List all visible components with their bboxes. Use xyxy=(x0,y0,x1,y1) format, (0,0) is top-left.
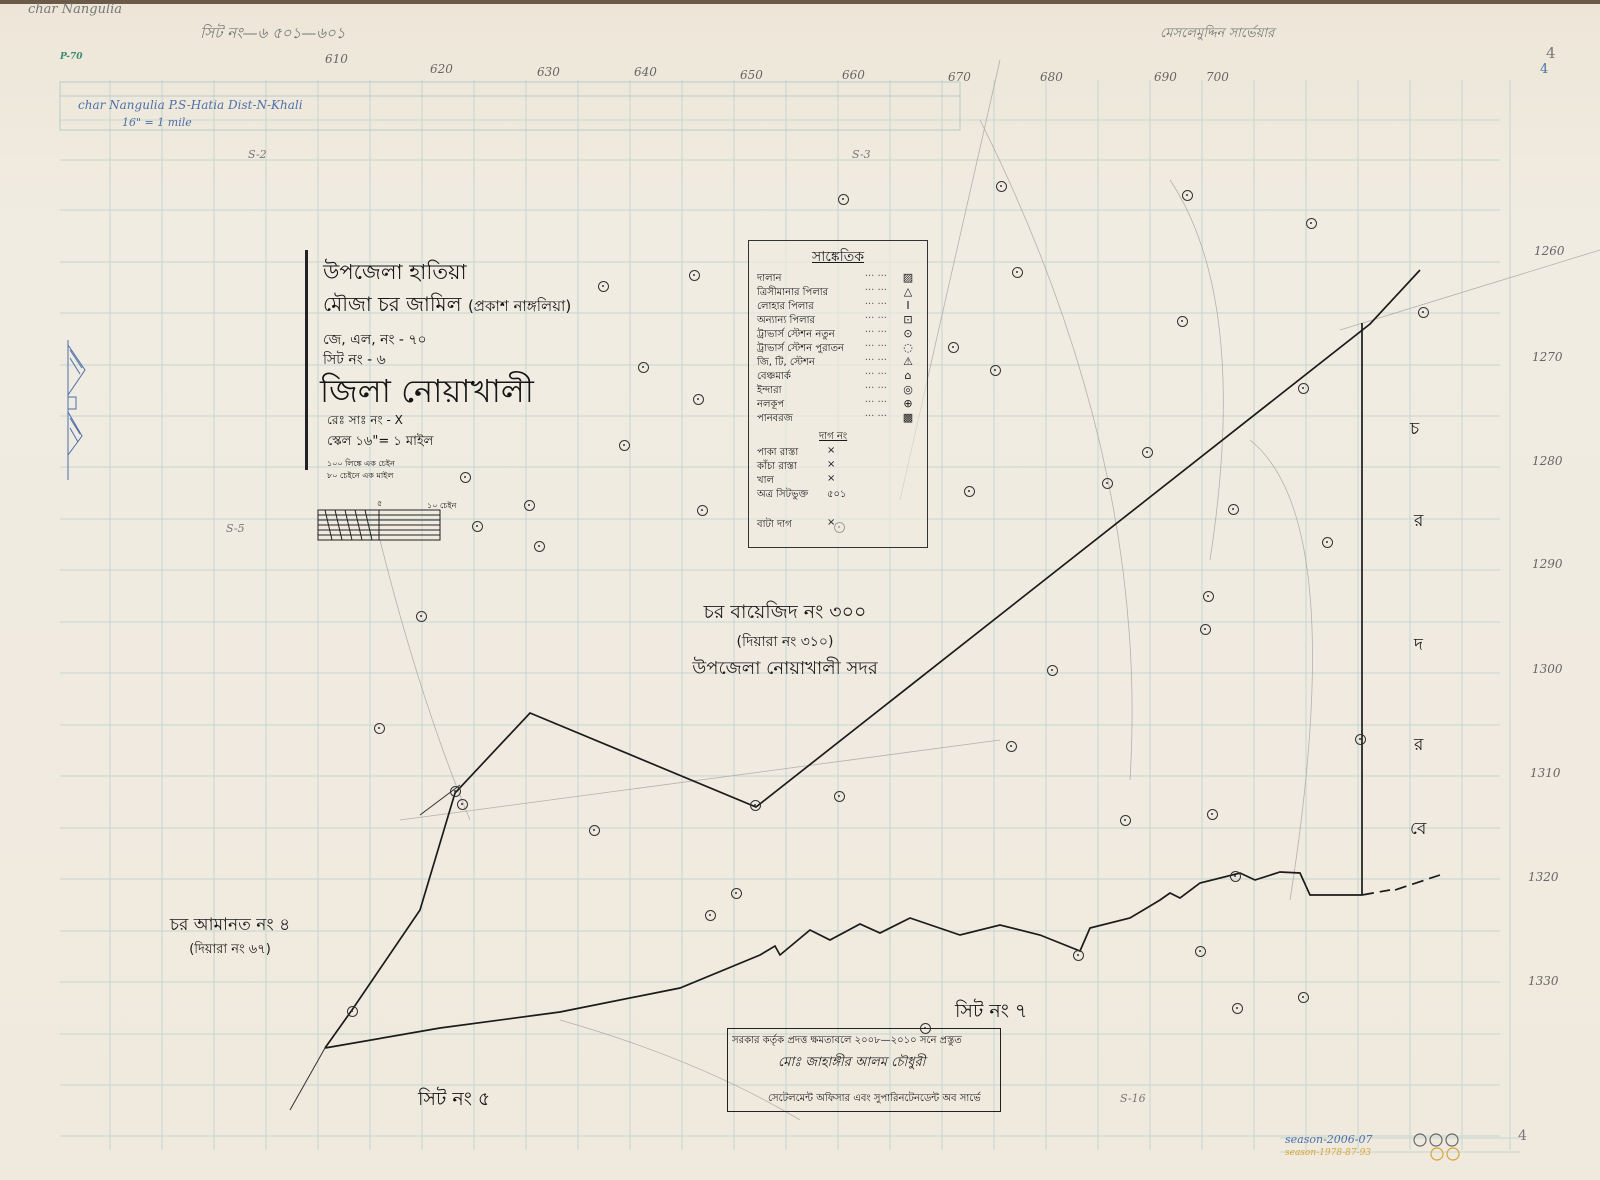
right-vertical-char-3: দ xyxy=(1414,632,1423,660)
traverse-station-marker xyxy=(1120,815,1131,826)
surveyor-note: মেসলেমুদ্দিন সার্ভেয়ার xyxy=(1160,24,1274,45)
dag-value: × xyxy=(827,517,835,528)
corner-number-top: 4 xyxy=(1546,44,1556,62)
y-tick: 1290 xyxy=(1532,557,1563,571)
upazila-title: উপজেলা হাতিয়া xyxy=(323,256,467,291)
y-tick: 1280 xyxy=(1532,454,1563,468)
sheet-ref-s5: S-5 xyxy=(226,522,245,535)
traverse-station-marker xyxy=(416,611,427,622)
scale-bar xyxy=(318,510,440,540)
traverse-station-marker xyxy=(450,786,461,797)
traverse-station-marker xyxy=(750,800,761,811)
traverse-station-marker xyxy=(638,362,649,373)
traverse-station-marker xyxy=(1228,504,1239,515)
betel-garden-icon: ▩ xyxy=(899,411,917,428)
traverse-station-marker xyxy=(1418,307,1429,318)
traverse-station-marker xyxy=(948,342,959,353)
dag-value: × xyxy=(827,459,835,470)
scale-note: 16" = 1 mile xyxy=(122,116,192,129)
dag-value: × xyxy=(827,473,835,484)
traverse-station-marker xyxy=(834,791,845,802)
x-tick: 630 xyxy=(537,65,560,79)
traverse-station-marker xyxy=(1322,537,1333,548)
region-name: চর আমানত নং ৪ xyxy=(155,912,305,940)
traverse-station-marker xyxy=(1203,591,1214,602)
traverse-station-marker xyxy=(731,888,742,899)
traverse-station-marker xyxy=(1355,734,1366,745)
traverse-station-marker xyxy=(472,521,483,532)
traverse-station-marker xyxy=(1182,190,1193,201)
title-bar xyxy=(305,250,308,470)
dag-item: অত্র সিটভুক্ত৫০১ xyxy=(757,487,867,504)
traverse-station-marker xyxy=(1102,478,1113,489)
sheet-ref-s2: S-2 xyxy=(248,148,267,161)
season-2006: season-2006-07 xyxy=(1285,1133,1373,1146)
x-tick: 660 xyxy=(842,68,865,82)
x-tick: 620 xyxy=(430,62,453,76)
traverse-station-marker xyxy=(457,799,468,810)
legend-item: পানবরজ··· ···▩ xyxy=(757,411,917,428)
form-number: P-70 xyxy=(60,52,83,62)
right-vertical-char-5: বে xyxy=(1410,816,1426,844)
scale-text: স্কেল ১৬"= ১ মাইল xyxy=(327,432,433,453)
y-tick: 1300 xyxy=(1532,662,1563,676)
sheet-label-7: সিট নং ৭ xyxy=(955,997,1027,1029)
y-tick: 1260 xyxy=(1534,244,1565,258)
traverse-station-marker xyxy=(1230,871,1241,882)
y-tick: 1330 xyxy=(1528,974,1559,988)
dag-label: বাটা দাগ xyxy=(757,519,792,530)
handwritten-mouza-name: char Nangulia xyxy=(28,2,122,17)
traverse-station-marker xyxy=(1047,665,1058,676)
sheet-ref-s3: S-3 xyxy=(852,148,871,161)
traverse-station-marker xyxy=(598,281,609,292)
chain-note-2: ৮০ চেইনে এক মাইল xyxy=(327,470,393,483)
right-vertical-char-4: র xyxy=(1414,732,1423,760)
traverse-station-marker xyxy=(1142,447,1153,458)
dag-item: বাটা দাগ× xyxy=(757,517,792,534)
sheet-label-5: সিট নং ৫ xyxy=(418,1085,490,1117)
y-tick: 1270 xyxy=(1532,350,1563,364)
scale-bar-mid-label: ৫ xyxy=(377,498,382,511)
legend-label: পানবরজ xyxy=(757,411,793,428)
sheet-ref-s16: S-16 xyxy=(1120,1092,1146,1105)
header-row-entry: char Nangulia P.S-Hatia Dist-N-Khali xyxy=(78,98,303,112)
region-char-bayezid: চর বায়েজিদ নং ৩০০ (দিয়ারা নং ৩১০) উপজে… xyxy=(660,598,910,685)
corner-number-top-blue: 4 xyxy=(1540,62,1548,77)
cert-signature: মোঃ জাহাঙ্গীর আলম চৌধুরী xyxy=(778,1053,925,1074)
traverse-station-marker xyxy=(838,194,849,205)
dag-title: দাগ নং xyxy=(819,429,847,446)
traverse-station-marker xyxy=(1298,383,1309,394)
traverse-station-marker xyxy=(524,500,535,511)
region-diara: (দিয়ারা নং ৩১০) xyxy=(660,630,910,654)
dag-label: পাকা রাস্তা xyxy=(757,447,798,458)
traverse-station-marker xyxy=(347,1006,358,1017)
mouza-title: মৌজা চর জামিল (প্রকাশ নাঙ্গলিয়া) xyxy=(323,290,571,323)
traverse-station-marker xyxy=(1177,316,1188,327)
certificate-box: সরকার কর্তৃক প্রদত্ত ক্ষমতাবলে ২০০৮—২০১০… xyxy=(727,1028,1001,1112)
dag-value: ৫০১ xyxy=(827,487,846,504)
traverse-station-marker xyxy=(693,394,704,405)
cert-line-1: সরকার কর্তৃক প্রদত্ত ক্ষমতাবলে ২০০৮—২০১০… xyxy=(732,1033,962,1050)
right-vertical-char-2: র xyxy=(1414,508,1423,536)
traverse-station-marker xyxy=(460,472,471,483)
traverse-station-marker xyxy=(964,486,975,497)
map-sheet: char Nangulia সিট নং—৬ ৫০১—৬০১ P-70 char… xyxy=(0,0,1600,1180)
traverse-station-marker xyxy=(689,270,700,281)
region-char-amanat: চর আমানত নং ৪ (দিয়ারা নং ৬৭) xyxy=(155,912,305,961)
traverse-station-marker xyxy=(1012,267,1023,278)
x-tick: 680 xyxy=(1040,70,1063,84)
x-tick: 670 xyxy=(948,70,971,84)
dag-label: কাঁচা রাস্তা xyxy=(757,461,797,472)
traverse-station-marker xyxy=(1207,809,1218,820)
traverse-station-marker xyxy=(697,505,708,516)
reg-number: রেঃ সাঃ নং - X xyxy=(327,412,403,432)
region-name: চর বায়েজিদ নং ৩০০ xyxy=(660,598,910,630)
handwritten-sheet-range: সিট নং—৬ ৫০১—৬০১ xyxy=(200,22,346,47)
y-tick: 1310 xyxy=(1530,766,1561,780)
legend-title: সাঙ্কেতিক xyxy=(749,245,927,269)
traverse-station-marker xyxy=(990,365,1001,376)
traverse-station-marker xyxy=(996,181,1007,192)
right-vertical-char-1: চ xyxy=(1410,416,1419,444)
traverse-station-marker xyxy=(1073,950,1084,961)
mouza-alt-name: (প্রকাশ নাঙ্গলিয়া) xyxy=(468,297,571,315)
traverse-station-marker xyxy=(1232,1003,1243,1014)
traverse-station-marker xyxy=(1298,992,1309,1003)
x-tick: 700 xyxy=(1206,70,1229,84)
mouza-name: মৌজা চর জামিল xyxy=(323,292,462,316)
traverse-station-marker xyxy=(1195,946,1206,957)
traverse-station-marker xyxy=(374,723,385,734)
traverse-station-marker xyxy=(1306,218,1317,229)
x-tick: 650 xyxy=(740,68,763,82)
x-tick: 640 xyxy=(634,65,657,79)
cert-line-3: সেটেলমেন্ট অফিসার এবং সুপারিনটেনডেন্ট অব… xyxy=(768,1091,981,1108)
region-diara: (দিয়ারা নং ৬৭) xyxy=(155,940,305,961)
y-tick: 1320 xyxy=(1528,870,1559,884)
traverse-station-marker xyxy=(1200,624,1211,635)
traverse-station-marker xyxy=(589,825,600,836)
map-grid xyxy=(0,0,1600,1180)
scale-bar-end-label: ১০ চেইন xyxy=(427,500,456,513)
traverse-station-marker xyxy=(1006,741,1017,752)
region-upazila: উপজেলা নোয়াখালী সদর xyxy=(660,654,910,685)
x-tick: 610 xyxy=(325,52,348,66)
traverse-station-marker xyxy=(534,541,545,552)
traverse-station-marker xyxy=(705,910,716,921)
dag-value: × xyxy=(827,445,835,456)
traverse-station-marker xyxy=(619,440,630,451)
season-1978: season-1978-87-93 xyxy=(1285,1148,1371,1158)
legend-box: সাঙ্কেতিক দালান··· ···▨ ত্রিসীমানার পিলা… xyxy=(748,240,928,548)
x-tick: 690 xyxy=(1154,70,1177,84)
corner-number-bottom: 4 xyxy=(1518,1128,1527,1144)
dag-label: অত্র সিটভুক্ত xyxy=(757,489,808,500)
dag-label: খাল xyxy=(757,475,774,486)
